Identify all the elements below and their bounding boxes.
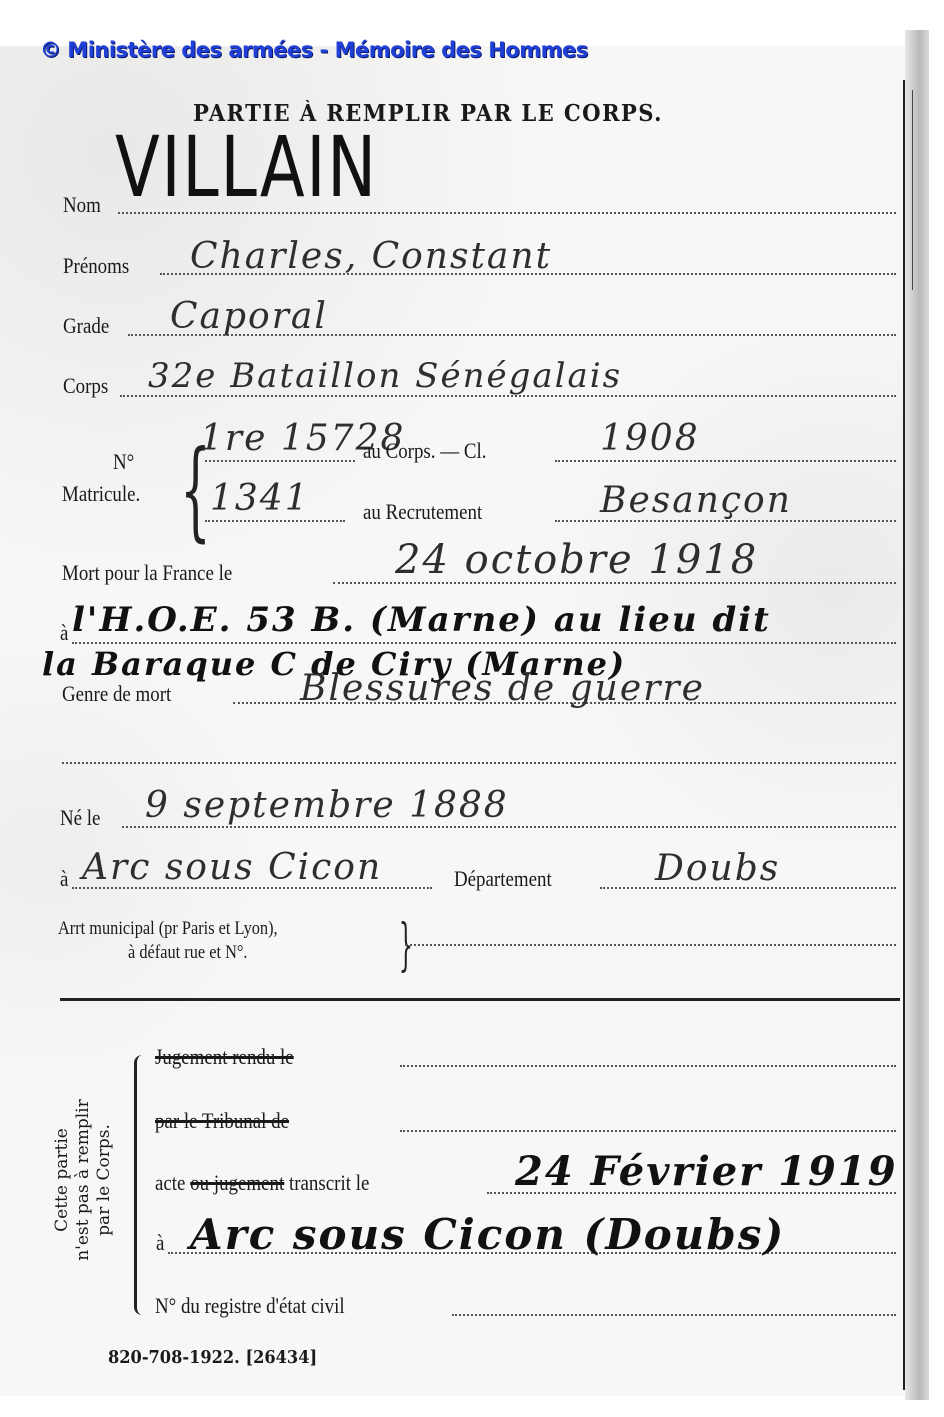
- lieu-naissance-value: Arc sous Cicon: [82, 847, 382, 888]
- prenoms-value: Charles, Constant: [190, 236, 552, 277]
- transcription-lieu-value: Arc sous Cicon (Doubs): [190, 1210, 785, 1259]
- section2-brace: [134, 1055, 145, 1315]
- naissance-dotted-line: [122, 826, 896, 828]
- tribunal-dotted-line: [400, 1130, 896, 1132]
- prenoms-label: Prénoms: [63, 253, 129, 279]
- departement-label: Département: [454, 866, 552, 892]
- acte-label-struck: ou jugement: [190, 1170, 284, 1195]
- corps-label: Corps: [63, 373, 108, 399]
- acte-label: acte ou jugement transcrit le: [155, 1170, 369, 1196]
- recrutement-label: au Recrutement: [363, 499, 482, 525]
- classe-dotted-line: [555, 460, 896, 462]
- naissance-value: 9 septembre 1888: [145, 785, 509, 826]
- registre-dotted-line: [452, 1314, 896, 1316]
- tribunal-label: par le Tribunal de: [155, 1108, 289, 1134]
- section-divider: [60, 998, 900, 1001]
- classe-value: 1908: [600, 418, 700, 459]
- arrondissement-dotted-line: [405, 944, 896, 946]
- copyright-watermark: © Ministère des armées - Mémoire des Hom…: [40, 38, 588, 62]
- grade-value: Caporal: [170, 296, 328, 337]
- acte-label-end: transcrit le: [289, 1170, 369, 1195]
- matricule-label: Matricule.: [62, 481, 140, 507]
- matricule-corps-label: au Corps. — Cl.: [363, 438, 487, 464]
- transcription-lieu-label: à: [156, 1230, 164, 1256]
- lieu-mort-value-line1: l'H.O.E. 53 B. (Marne) au lieu dit: [72, 600, 771, 640]
- side-note-line1: Cette partie: [52, 1060, 73, 1300]
- jugement-dotted-line: [400, 1065, 896, 1067]
- recrutement-place-value: Besançon: [600, 480, 792, 521]
- mort-label: Mort pour la France le: [62, 560, 232, 586]
- lieu-naissance-label: à: [60, 866, 68, 892]
- genre-mort-extra-dotted-line: [62, 762, 896, 764]
- departement-value: Doubs: [655, 848, 780, 889]
- naissance-label: Né le: [60, 805, 100, 831]
- lieu-mort-label: à: [60, 620, 68, 646]
- lieu-mort-dotted-line: [72, 642, 896, 644]
- jugement-label: Jugement rendu le: [155, 1044, 294, 1070]
- print-reference: 820-708-1922. [26434]: [108, 1347, 317, 1368]
- acte-label-start: acte: [155, 1170, 185, 1195]
- page-border-line: [903, 80, 905, 1390]
- genre-mort-label: Genre de mort: [62, 681, 171, 707]
- arrondissement-label-line2: à défaut rue et N°.: [128, 942, 247, 964]
- grade-label: Grade: [63, 313, 109, 339]
- recrutement-dotted-line: [205, 520, 345, 522]
- acte-value: 24 Février 1919: [515, 1148, 898, 1195]
- matricule-corps-dotted-line: [205, 460, 355, 462]
- nom-label: Nom: [63, 192, 101, 218]
- matricule-label-no: N°: [113, 449, 134, 475]
- mort-value: 24 octobre 1918: [395, 537, 758, 583]
- genre-mort-value: Blessures de guerre: [300, 668, 705, 709]
- nom-value: VILLAIN: [115, 118, 378, 216]
- side-note-line3: par le Corps.: [94, 1060, 115, 1300]
- arrondissement-label: Arrt municipal (pr Paris et Lyon),: [58, 918, 278, 940]
- section2-side-note: Cette partie n'est pas à remplir par le …: [52, 1060, 115, 1300]
- page-edge-shadow: [905, 30, 929, 1400]
- corps-value: 32e Bataillon Sénégalais: [148, 356, 622, 396]
- registre-label: N° du registre d'état civil: [155, 1293, 345, 1319]
- side-note-line2: n'est pas à remplir: [73, 1060, 94, 1300]
- page-border-line-inner: [912, 90, 913, 290]
- recrutement-value: 1341: [210, 478, 310, 519]
